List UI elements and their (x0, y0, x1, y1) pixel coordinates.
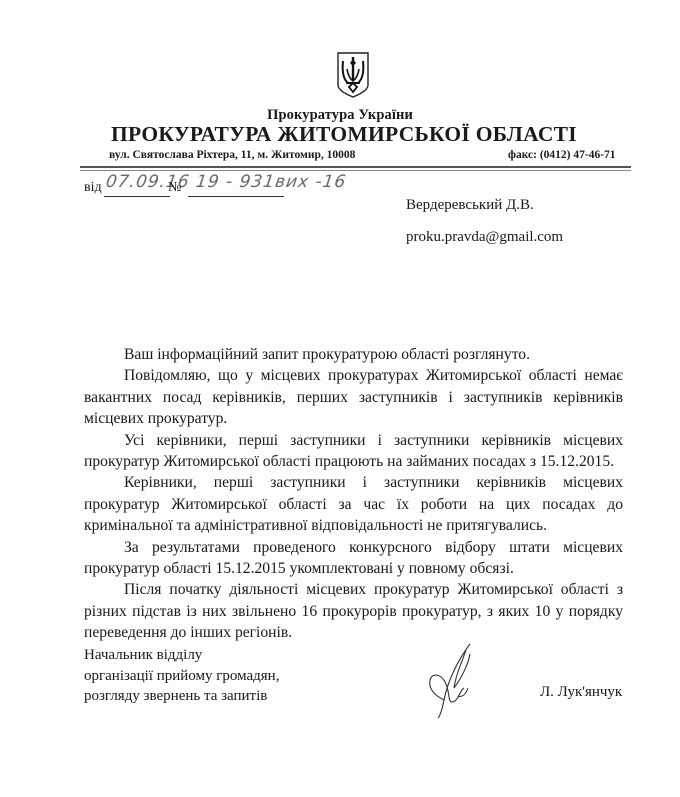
date-underline (104, 196, 170, 197)
number-value: 19 - 931вих -16 (195, 172, 348, 192)
body-paragraph: Повідомляю, що у місцевих прокуратурах Ж… (84, 365, 623, 429)
header-rule-thick (80, 166, 631, 168)
handwritten-signature-icon (418, 640, 488, 720)
body-paragraph: За результатами проведеного конкурсного … (84, 537, 623, 580)
org-address: вул. Святослава Ріхтера, 11, м. Житомир,… (109, 149, 355, 161)
letter-body: Ваш інформаційний запит прокуратурою обл… (84, 344, 623, 644)
org-fax: факс: (0412) 47-46-71 (508, 149, 616, 161)
signer-position: Начальник відділу організації прийому гр… (84, 645, 279, 707)
recipient-name: Вердеревський Д.В. (406, 197, 534, 214)
number-underline (188, 196, 284, 197)
number-label: № (168, 180, 181, 196)
org-name-heading: ПРОКУРАТУРА ЖИТОМИРСЬКОЇ ОБЛАСТІ (0, 122, 680, 147)
body-paragraph: Ваш інформаційний запит прокуратурою обл… (84, 344, 623, 365)
signer-position-line: Начальник відділу (84, 645, 279, 666)
signer-position-line: розгляду звернень та запитів (84, 686, 279, 707)
header-rule-thin (80, 170, 631, 171)
body-paragraph: Керівники, перші заступники і заступники… (84, 472, 623, 536)
recipient-email: proku.pravda@gmail.com (406, 229, 563, 246)
signer-position-line: організації прийому громадян, (84, 666, 279, 687)
signer-name: Л. Лук'янчук (540, 684, 622, 701)
tryzub-coat-of-arms-icon (336, 51, 370, 99)
letter-page: Прокуратура України ПРОКУРАТУРА ЖИТОМИРС… (0, 0, 680, 797)
body-paragraph: Усі керівники, перші заступники і заступ… (84, 430, 623, 473)
body-paragraph: Після початку діяльності місцевих прокур… (84, 579, 623, 643)
date-label: від (84, 180, 102, 196)
